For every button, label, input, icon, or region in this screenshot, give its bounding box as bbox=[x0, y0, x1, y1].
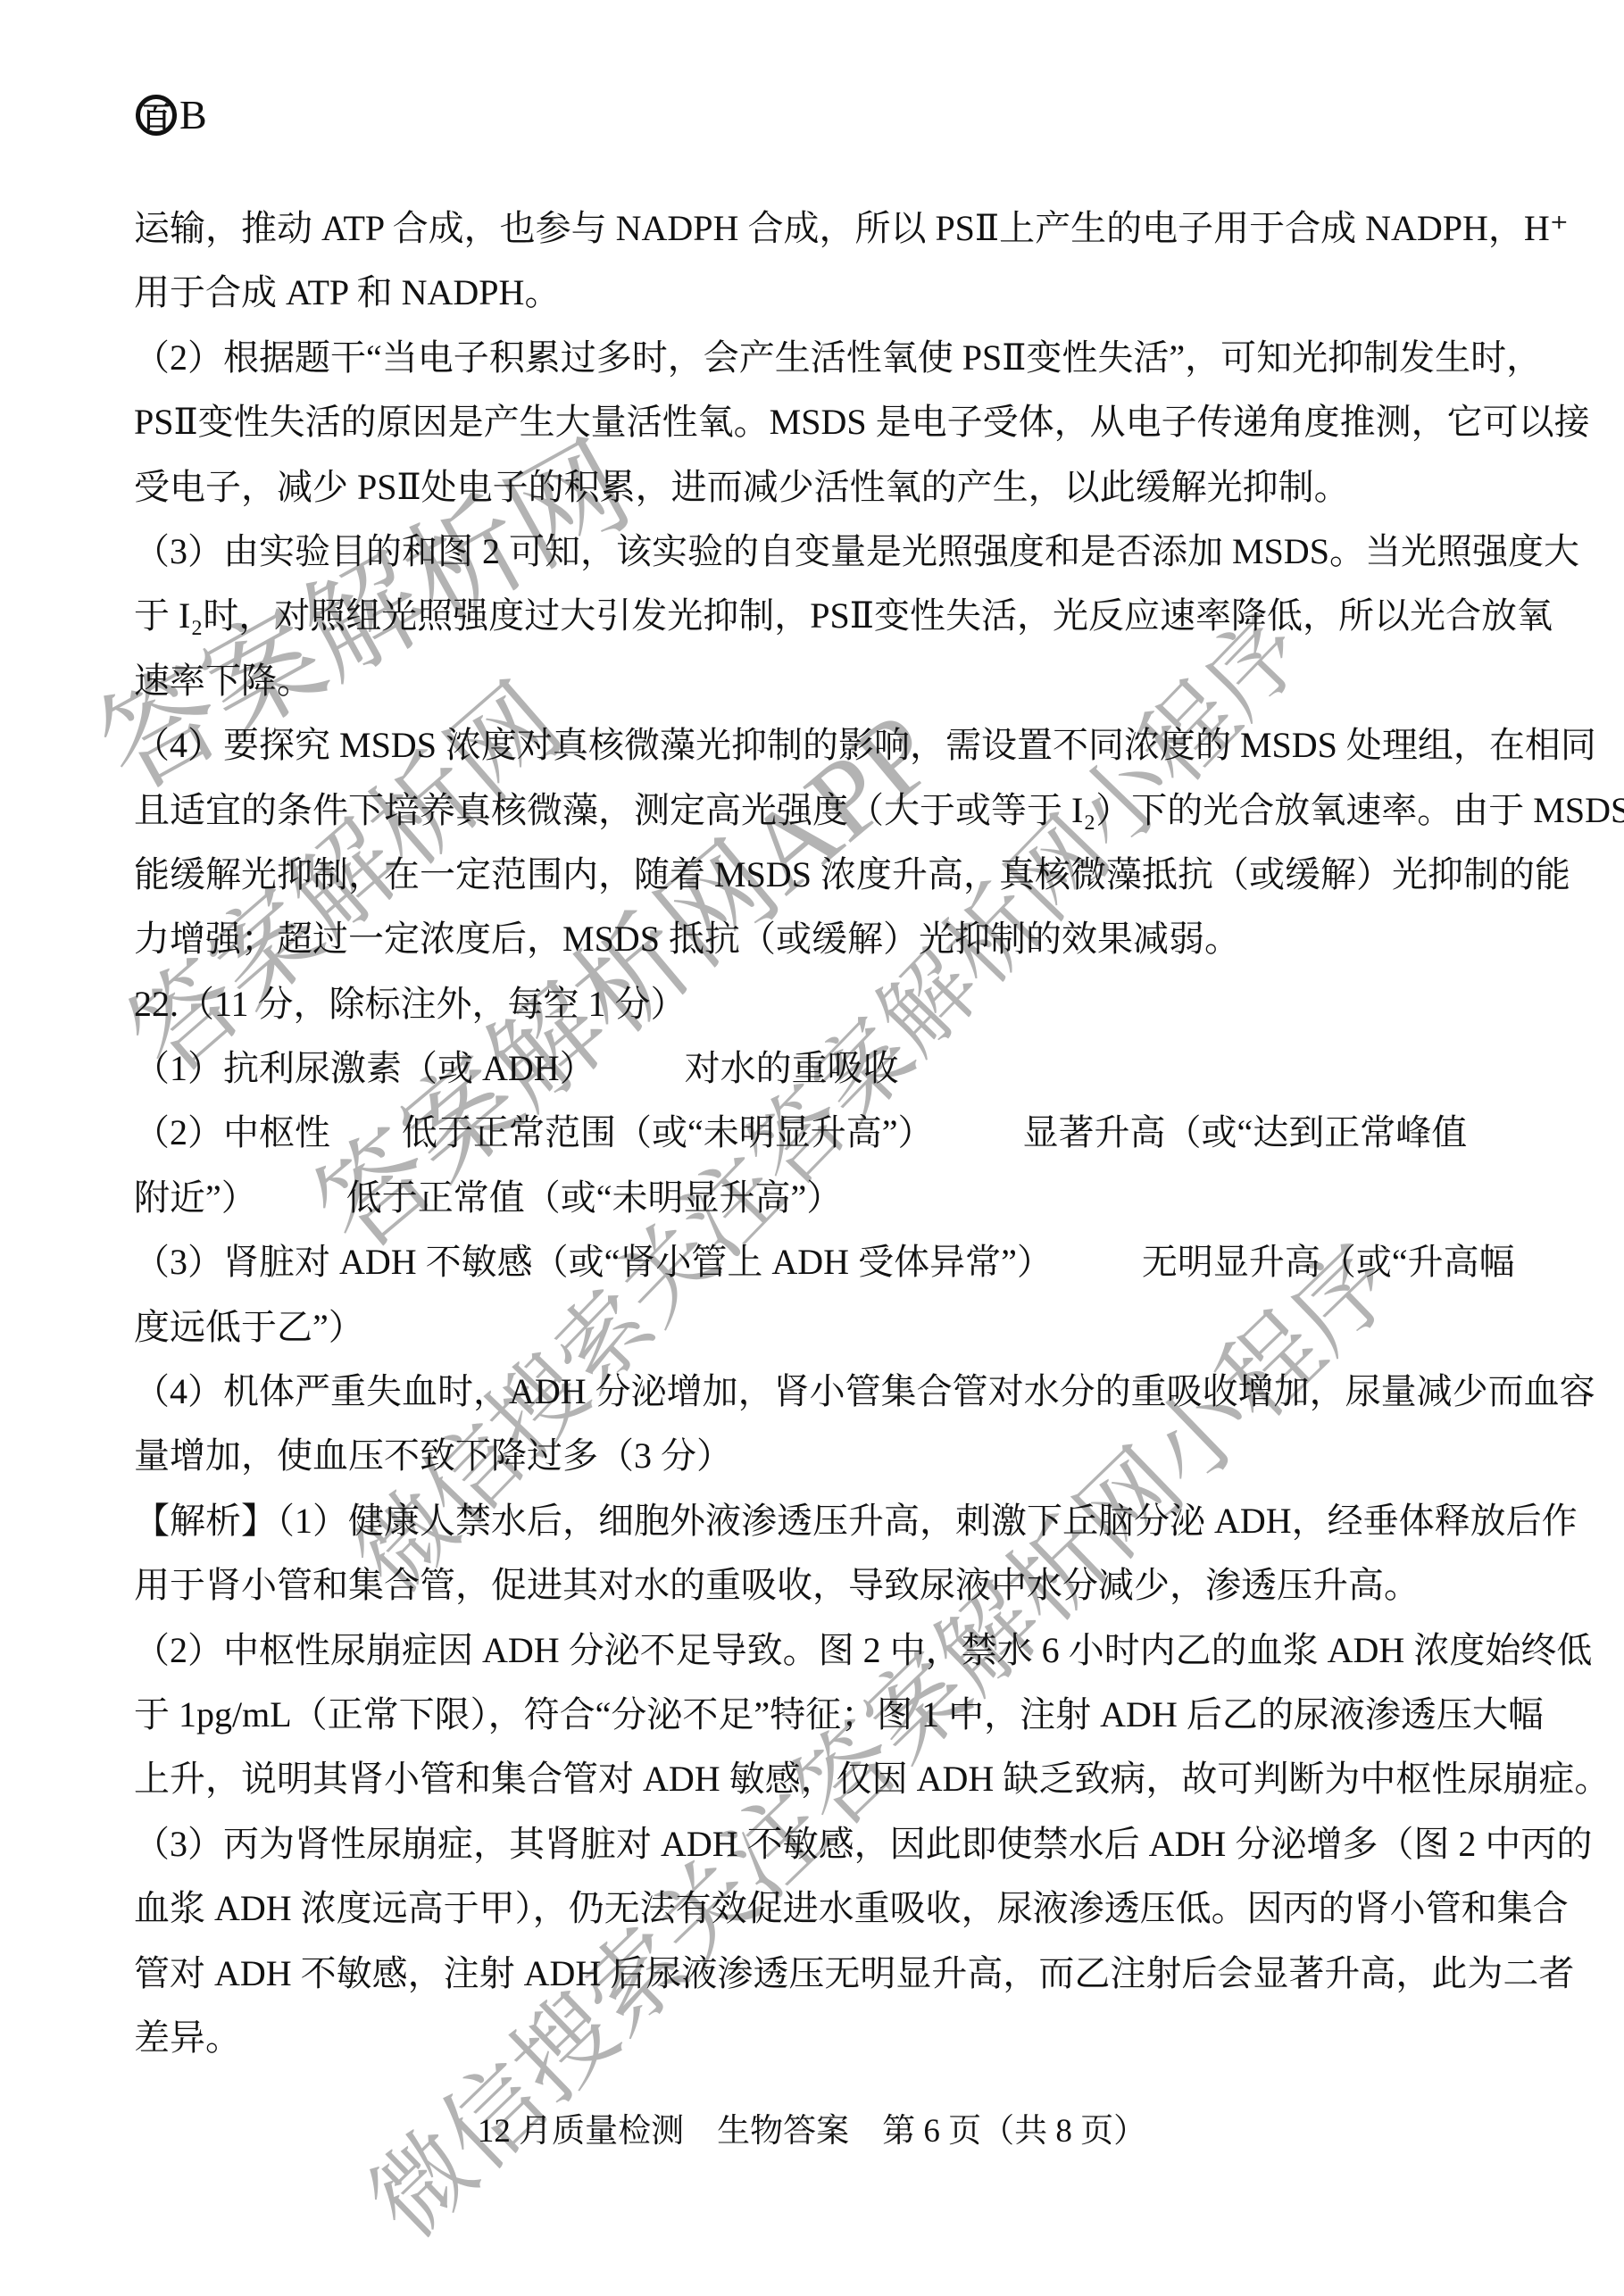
text-line: 血浆 ADH 浓度远高于甲），仍无法有效促进水重吸收，尿液渗透压低。因丙的肾小管… bbox=[134, 1876, 1527, 1941]
text-line: 受电子，减少 PSⅡ处电子的积累，进而减少活性氧的产生，以此缓解光抑制。 bbox=[134, 455, 1527, 520]
text-line: 【解析】（1）健康人禁水后，细胞外液渗透压升高，刺激下丘脑分泌 ADH，经垂体释… bbox=[134, 1489, 1527, 1553]
text-line: 差异。 bbox=[134, 2006, 1527, 2070]
exam-answer-page: 百 B 答案解析网 答案解析网 答案解析网APP 微信搜索关注答案解析网小程序 … bbox=[0, 0, 1624, 2296]
text-line: 管对 ADH 不敏感，注射 ADH 后尿液渗透压无明显升高，而乙注射后会显著升高… bbox=[134, 1942, 1527, 2006]
text-line: PSⅡ变性失活的原因是产生大量活性氧。MSDS 是电子受体，从电子传递角度推测，… bbox=[134, 390, 1527, 454]
text-line: 于 I₂时，对照组光照强度过大引发光抑制，PSⅡ变性失活，光反应速率降低，所以光… bbox=[134, 584, 1527, 648]
text-line: （2）根据题干“当电子积累过多时，会产生活性氧使 PSⅡ变性失活”，可知光抑制发… bbox=[134, 326, 1527, 390]
text-line: 力增强；超过一定浓度后，MSDS 抵抗（或缓解）光抑制的效果减弱。 bbox=[134, 907, 1527, 971]
text-line: （2）中枢性 低于正常范围（或“未明显升高”） 显著升高（或“达到正常峰值 bbox=[134, 1101, 1527, 1165]
logo-circle-glyph: 百 bbox=[136, 95, 177, 136]
text-line: （1）抗利尿激素（或 ADH） 对水的重吸收 bbox=[134, 1036, 1527, 1101]
text-line: 量增加，使血压不致下降过多（3 分） bbox=[134, 1424, 1527, 1488]
text-line: 运输，推动 ATP 合成，也参与 NADPH 合成，所以 PSⅡ上产生的电子用于… bbox=[134, 196, 1527, 261]
text-line: 且适宜的条件下培养真核微藻，测定高光强度（大于或等于 I₂）下的光合放氧速率。由… bbox=[134, 778, 1527, 843]
text-line: （3）丙为肾性尿崩症，其肾脏对 ADH 不敏感，因此即使禁水后 ADH 分泌增多… bbox=[134, 1812, 1527, 1876]
text-line: 度远低于乙”） bbox=[134, 1295, 1527, 1360]
page-footer: 12 月质量检测 生物答案 第 6 页（共 8 页） bbox=[0, 2103, 1624, 2151]
text-line: 22.（11 分，除标注外，每空 1 分） bbox=[134, 972, 1527, 1036]
text-line: （3）由实验目的和图 2 可知，该实验的自变量是光照强度和是否添加 MSDS。当… bbox=[134, 520, 1527, 584]
text-line: （4）要探究 MSDS 浓度对真核微藻光抑制的影响，需设置不同浓度的 MSDS … bbox=[134, 713, 1527, 778]
text-line: （4）机体严重失血时，ADH 分泌增加，肾小管集合管对水分的重吸收增加，尿量减少… bbox=[134, 1360, 1527, 1424]
text-line: 于 1pg/mL（正常下限），符合“分泌不足”特征；图 1 中，注射 ADH 后… bbox=[134, 1683, 1527, 1747]
answer-text-block: 运输，推动 ATP 合成，也参与 NADPH 合成，所以 PSⅡ上产生的电子用于… bbox=[134, 196, 1527, 2070]
text-line: 速率下降。 bbox=[134, 649, 1527, 713]
text-line: （3）肾脏对 ADH 不敏感（或“肾小管上 ADH 受体异常”） 无明显升高（或… bbox=[134, 1230, 1527, 1294]
logo-letter: B bbox=[179, 95, 207, 136]
text-line: （2）中枢性尿崩症因 ADH 分泌不足导致。图 2 中，禁水 6 小时内乙的血浆… bbox=[134, 1618, 1527, 1683]
text-line: 能缓解光抑制，在一定范围内，随着 MSDS 浓度升高，真核微藻抵抗（或缓解）光抑… bbox=[134, 843, 1527, 907]
text-line: 上升，说明其肾小管和集合管对 ADH 敏感，仅因 ADH 缺乏致病，故可判断为中… bbox=[134, 1747, 1527, 1811]
text-line: 用于合成 ATP 和 NADPH。 bbox=[134, 261, 1527, 325]
publisher-logo: 百 B bbox=[136, 95, 207, 136]
text-line: 附近”） 低于正常值（或“未明显升高”） bbox=[134, 1166, 1527, 1230]
text-line: 用于肾小管和集合管，促进其对水的重吸收，导致尿液中水分减少，渗透压升高。 bbox=[134, 1553, 1527, 1618]
